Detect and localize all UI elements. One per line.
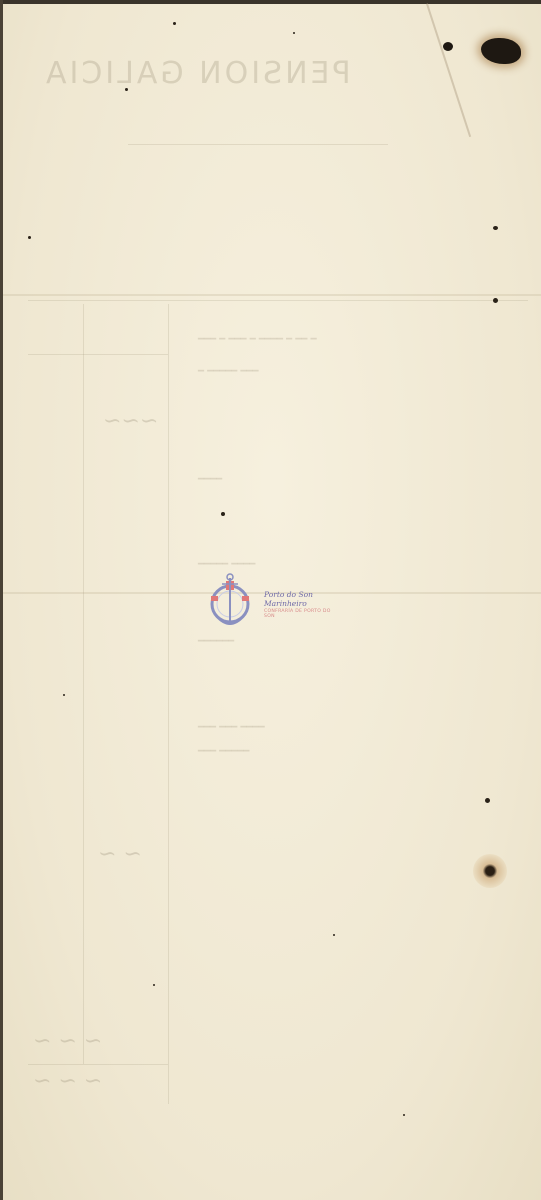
ghost-row-text: ━ ━━ ━ ━━━━ ━ ━━━ ━ ━━━ [198,334,317,345]
speck [493,226,498,230]
ghost-row-text: ━━━━ ━━━━━ [198,559,255,570]
speck [125,88,128,91]
burn-hole-small [443,42,453,51]
ghost-row-text: ━━━ ━━━━━ ━ [198,366,259,377]
ghost-rule [28,300,528,301]
paper-sheet: PENSION GALICIA ━ ━━ ━ ━━━━ ━ ━━━ ━ ━━━ … [3,4,541,1200]
ghost-row-text: ━━━━━ ━━━ [198,746,249,757]
speck [221,512,225,516]
ghost-rule [28,354,168,355]
ghost-rule [28,1064,168,1065]
ghost-row-text: ━━━━━━ [198,636,234,647]
ink-stain [473,854,507,888]
speck [493,298,498,303]
ghost-rule [128,144,388,145]
ghost-total: ~ ~ ~ [33,1029,102,1054]
watermark-organization: CONFRARÍA DE PORTO DO SON [264,609,343,619]
ghost-row-text: ━━━━ ━━━ ━━━ [198,722,265,733]
ghost-amount: ~ ~ [98,842,142,867]
ghost-total: ~ ~ ~ [33,1069,102,1094]
speck [485,798,490,803]
speck [153,984,155,986]
watermark-logo: Porto do Son Marinheiro CONFRARÍA DE POR… [208,572,343,634]
anchor-lifebuoy-icon [208,572,258,634]
watermark-brand: Porto do Son Marinheiro [264,590,343,608]
ghost-amount: ~~~ [103,409,158,434]
speck [63,694,65,696]
mirrored-header-title: PENSION GALICIA [43,56,351,91]
burn-mark [481,38,521,64]
speck [333,934,335,936]
paper-fold [426,3,471,137]
ghost-column-line [83,304,84,1064]
watermark-text-block: Porto do Son Marinheiro CONFRARÍA DE POR… [264,590,343,619]
speck [28,236,31,239]
speck [173,22,176,25]
speck [403,1114,405,1116]
speck [293,32,295,34]
paper-crease [3,294,541,296]
ghost-column-line [168,304,169,1104]
ghost-row-text: ━━━━ [198,474,222,485]
